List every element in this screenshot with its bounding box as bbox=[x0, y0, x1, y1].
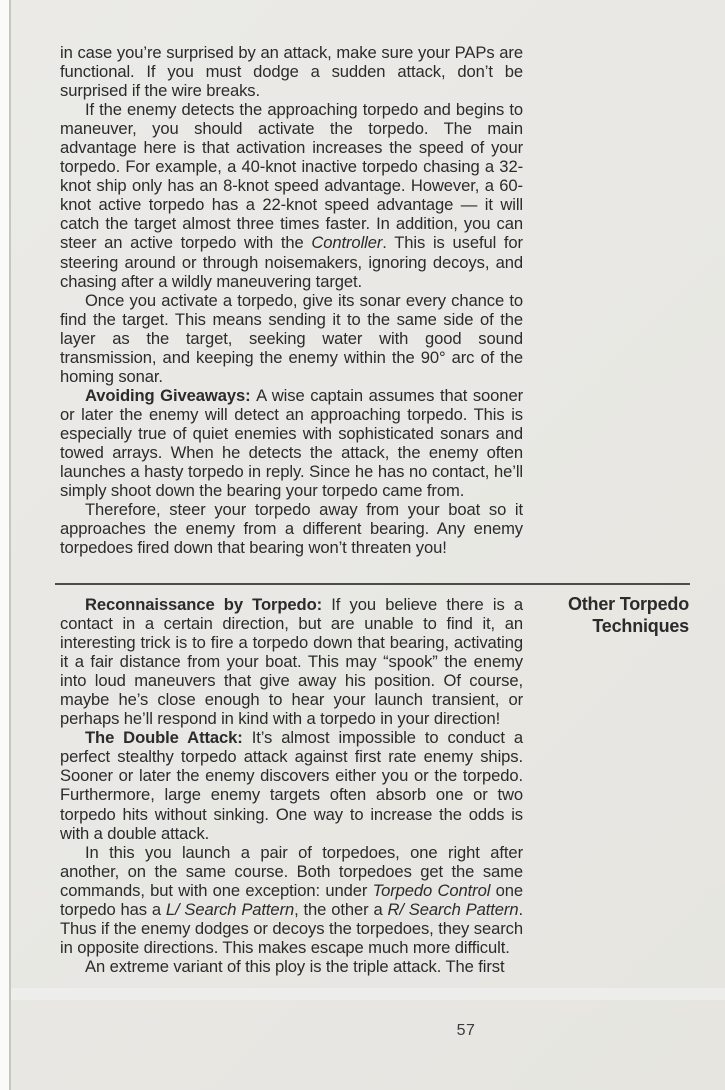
text-run: Torpedo Control bbox=[373, 881, 491, 900]
text-run: If the enemy detects the approaching tor… bbox=[60, 100, 523, 252]
paragraph: Once you activate a torpedo, give its so… bbox=[60, 291, 523, 386]
text-run: The Double Attack: bbox=[85, 728, 252, 747]
paragraph: Reconnaissance by Torpedo: If you believ… bbox=[60, 595, 523, 728]
text-run: in case you’re surprised by an attack, m… bbox=[60, 43, 523, 100]
paragraph: An extreme variant of this ploy is the t… bbox=[60, 957, 523, 976]
scanner-artifact-band bbox=[11, 988, 725, 1000]
text-run: Avoiding Giveaways: bbox=[85, 386, 256, 405]
paragraph: Avoiding Giveaways: A wise captain assum… bbox=[60, 386, 523, 500]
text-run: Reconnaissance by Torpedo: bbox=[85, 595, 331, 614]
text-run: Controller bbox=[311, 233, 382, 252]
page-edge-shadow bbox=[9, 0, 11, 1090]
paragraph: in case you’re surprised by an attack, m… bbox=[60, 43, 523, 100]
body-text-column-lower: Reconnaissance by Torpedo: If you believ… bbox=[60, 595, 523, 976]
paragraph: In this you launch a pair of torpedoes, … bbox=[60, 843, 523, 957]
paragraph: Therefore, steer your torpedo away from … bbox=[60, 500, 523, 557]
section-divider-rule bbox=[55, 583, 690, 585]
scanned-manual-page: in case you’re surprised by an attack, m… bbox=[0, 0, 725, 1090]
text-run: , the other a bbox=[294, 900, 387, 919]
text-run: L/ Search Pattern bbox=[166, 900, 294, 919]
text-run: Therefore, steer your torpedo away from … bbox=[60, 500, 523, 557]
text-run: Once you activate a torpedo, give its so… bbox=[60, 291, 523, 386]
paragraph: If the enemy detects the approaching tor… bbox=[60, 100, 523, 290]
text-run: R/ Search Pattern bbox=[387, 900, 518, 919]
page-edge-strip bbox=[0, 0, 9, 1090]
margin-section-heading: Other Torpedo Techniques bbox=[519, 593, 689, 637]
text-run: If you believe there is a contact in a c… bbox=[60, 595, 523, 728]
paragraph: The Double Attack: It’s almost impossibl… bbox=[60, 728, 523, 842]
body-text-column-upper: in case you’re surprised by an attack, m… bbox=[60, 43, 523, 557]
page-number: 57 bbox=[450, 1022, 482, 1040]
text-run: An extreme variant of this ploy is the t… bbox=[85, 957, 504, 976]
